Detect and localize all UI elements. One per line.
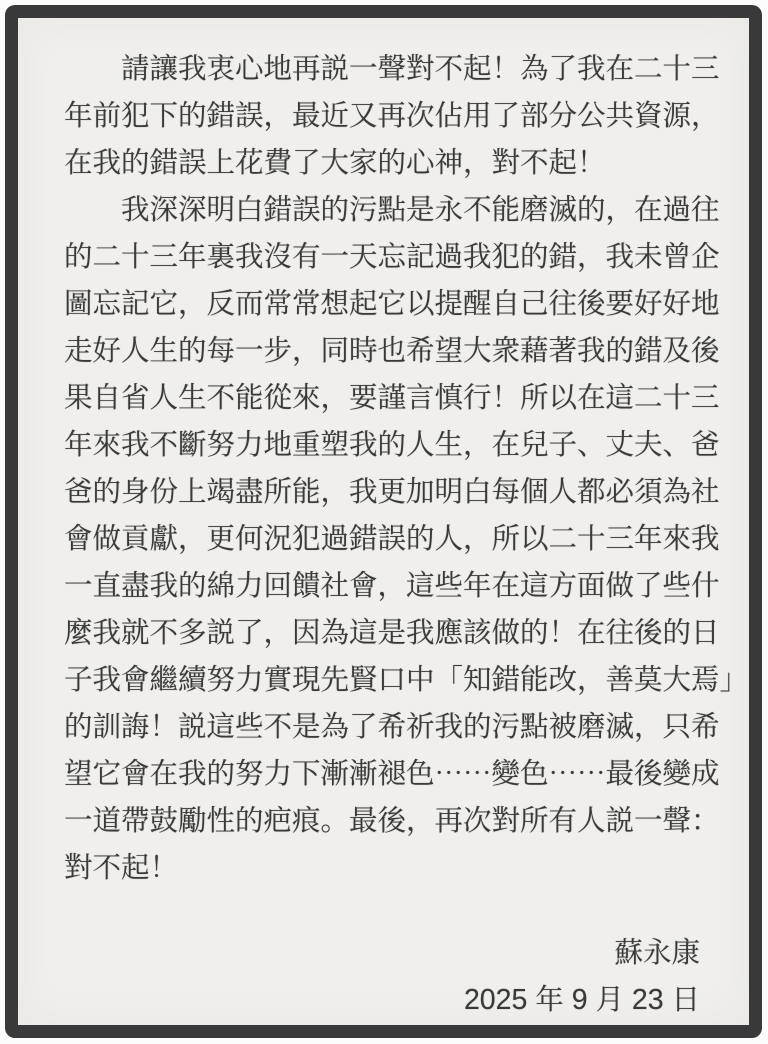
letter-paper: 請讓我衷心地再説一聲對不起！為了我在二十三 年前犯下的錯誤，最近又再次佔用了部分… bbox=[5, 5, 762, 1038]
letter-line: 一道帶鼓勵性的疤痕。最後，再次對所有人説一聲： bbox=[64, 798, 754, 845]
paragraph-2: 我深深明白錯誤的污點是永不能磨滅的，在過往 的二十三年裏我沒有一天忘記過我犯的錯… bbox=[64, 187, 749, 892]
letter-photo: 請讓我衷心地再説一聲對不起！為了我在二十三 年前犯下的錯誤，最近又再次佔用了部分… bbox=[0, 0, 768, 1044]
letter-line: 會做貢獻，更何況犯過錯誤的人，所以二十三年來我 bbox=[64, 516, 754, 563]
letter-line: 在我的錯誤上花費了大家的心神，對不起！ bbox=[64, 140, 754, 187]
letter-line: 走好人生的每一步，同時也希望大衆藉著我的錯及後 bbox=[64, 328, 754, 375]
signature-block: 蘇永康 2025 年 9 月 23 日 bbox=[64, 930, 749, 1024]
signature-date: 2025 年 9 月 23 日 bbox=[64, 977, 730, 1024]
letter-line: 的訓誨！説這些不是為了希祈我的污點被磨滅，只希 bbox=[64, 704, 754, 751]
letter-line: 爸的身份上竭盡所能，我更加明白每個人都必須為社 bbox=[64, 469, 754, 516]
letter-line: 一直盡我的綿力回饋社會，這些年在這方面做了些什 bbox=[64, 563, 754, 610]
letter-line: 對不起！ bbox=[64, 845, 754, 892]
letter-line: 的二十三年裏我沒有一天忘記過我犯的錯，我未曾企 bbox=[64, 234, 754, 281]
letter-line: 年來我不斷努力地重塑我的人生，在兒子、丈夫、爸 bbox=[64, 422, 754, 469]
letter-line: 我深深明白錯誤的污點是永不能磨滅的，在過往 bbox=[64, 187, 754, 234]
letter-line: 望它會在我的努力下漸漸褪色⋯⋯變色⋯⋯最後變成 bbox=[64, 751, 754, 798]
letter-line: 請讓我衷心地再説一聲對不起！為了我在二十三 bbox=[64, 46, 754, 93]
signature-name: 蘇永康 bbox=[64, 930, 762, 977]
letter-line: 麼我就不多説了，因為這是我應該做的！在往後的日 bbox=[64, 610, 754, 657]
letter-line: 子我會繼續努力實現先賢口中「知錯能改，善莫大焉」 bbox=[64, 657, 754, 704]
paragraph-1: 請讓我衷心地再説一聲對不起！為了我在二十三 年前犯下的錯誤，最近又再次佔用了部分… bbox=[64, 46, 749, 187]
letter-line: 年前犯下的錯誤，最近又再次佔用了部分公共資源， bbox=[64, 93, 754, 140]
letter-line: 果自省人生不能從來，要謹言慎行！所以在這二十三 bbox=[64, 375, 754, 422]
letter-line: 圖忘記它，反而常常想起它以提醒自己往後要好好地 bbox=[64, 281, 754, 328]
